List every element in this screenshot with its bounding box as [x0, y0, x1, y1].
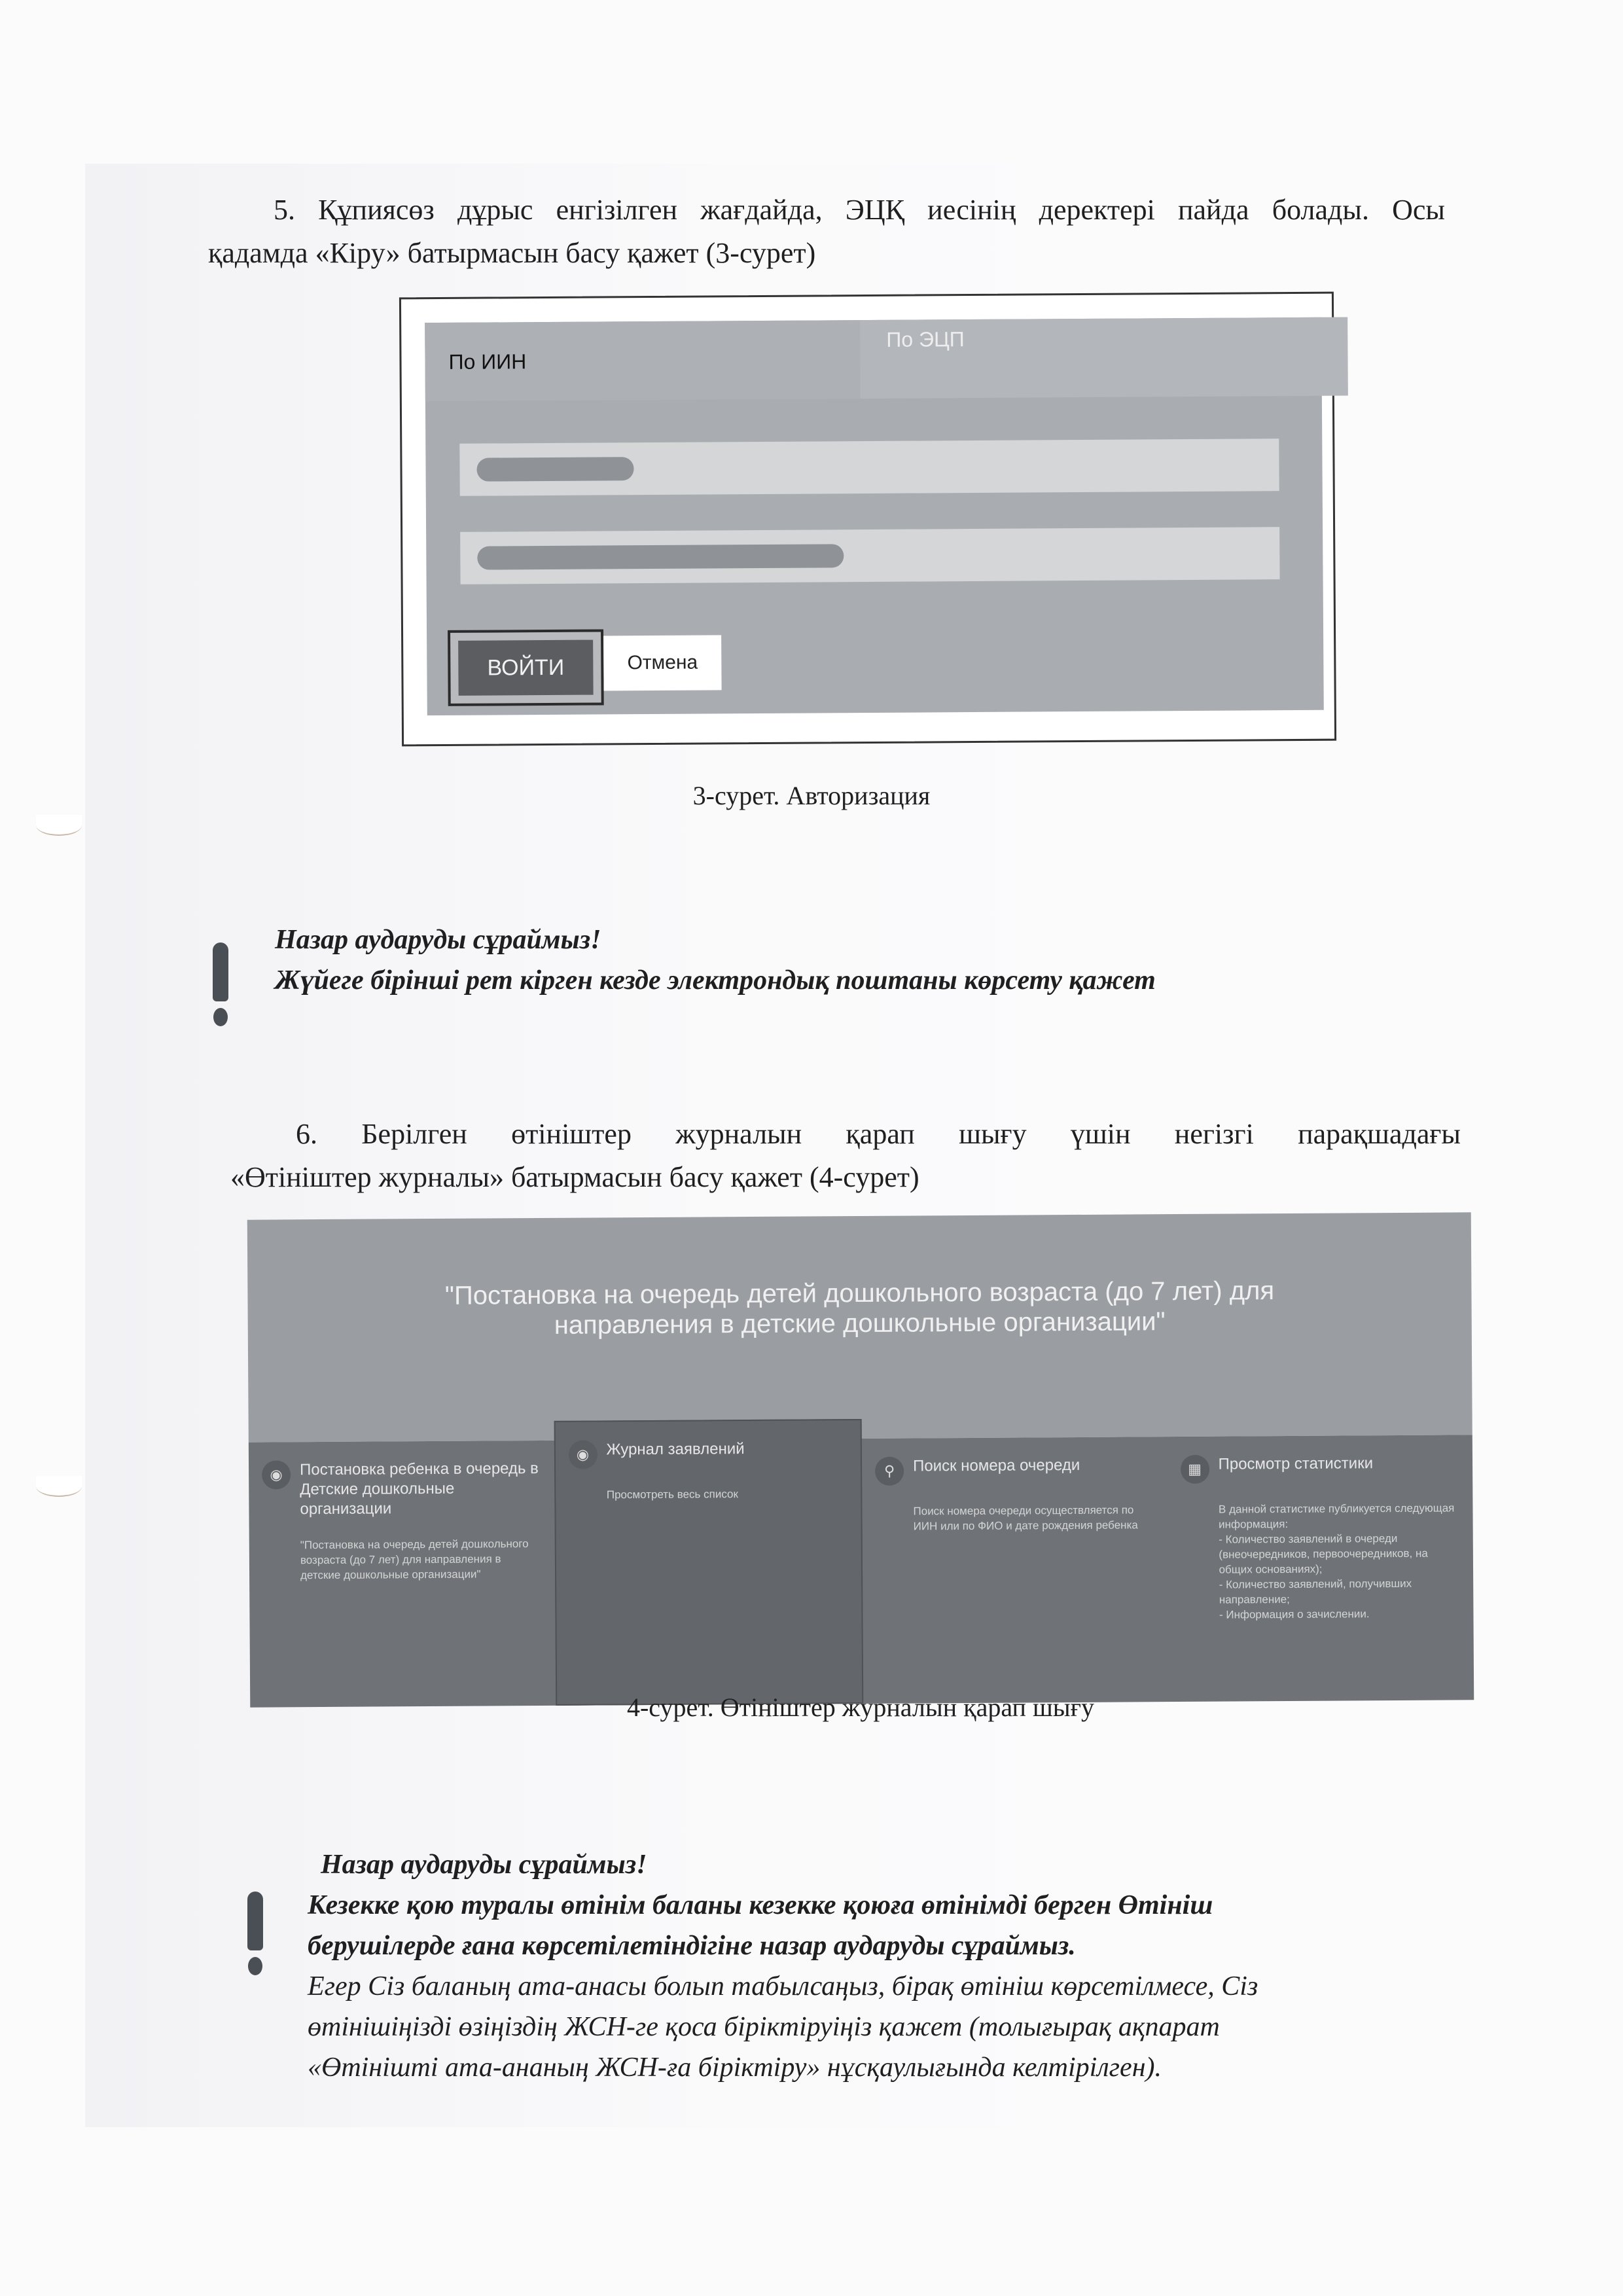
- tile-statistics[interactable]: ▦Просмотр статистики В данной статистике…: [1167, 1435, 1474, 1702]
- note2-bold-line2: берушілерде ғана көрсетілетіндігіне наза…: [308, 1926, 1433, 1966]
- login-button-label: ВОЙТИ: [458, 640, 594, 696]
- tile-title: Постановка ребенка в очередь в Детские д…: [300, 1459, 541, 1519]
- note1: Назар аударуды сұраймыз! Жүйеге бірінші …: [275, 920, 1387, 1001]
- figure3-authorization-screenshot: По ИИН По ЭЦП ВОЙТИ Отмена: [399, 292, 1336, 747]
- note1-title: Назар аударуды сұраймыз!: [275, 920, 1387, 960]
- note2-bold-line1: Кезекке қою туралы өтінім баланы кезекке…: [308, 1885, 1433, 1926]
- cancel-button[interactable]: Отмена: [603, 635, 722, 691]
- service-tiles: ◉Постановка ребенка в очередь в Детские …: [249, 1435, 1474, 1707]
- note2-title: Назар аударуды сұраймыз!: [308, 1844, 1433, 1885]
- owner-iin-field[interactable]: [460, 527, 1279, 584]
- note2-line3: Егер Сіз баланың ата-анасы болып табылса…: [308, 1966, 1433, 2007]
- tile-description: "Постановка на очередь детей дошкольного…: [300, 1536, 542, 1583]
- login-panel: По ИИН По ЭЦП ВОЙТИ Отмена: [425, 317, 1324, 715]
- figure4-main-page-screenshot: "Постановка на очередь детей дошкольного…: [247, 1212, 1474, 1707]
- step5-paragraph: 5. Құпиясөз дұрыс енгізілген жағдайда, Э…: [208, 188, 1445, 275]
- tile-title: Журнал заявлений: [606, 1439, 744, 1460]
- exclamation-icon: [245, 1892, 265, 1975]
- tile-queue-number-search[interactable]: ⚲Поиск номера очереди Поиск номера очере…: [862, 1437, 1169, 1704]
- note2-line5: «Өтінішті ата-ананың ЖСН-ға біріктіру» н…: [308, 2047, 1433, 2088]
- tab-by-iin[interactable]: По ИИН: [425, 320, 884, 401]
- search-icon: ⚲: [875, 1457, 904, 1486]
- tile-queue-registration[interactable]: ◉Постановка ребенка в очередь в Детские …: [249, 1441, 556, 1708]
- step6-line1: 6. Берілген өтініштер журналын қарап шығ…: [230, 1113, 1461, 1156]
- tile-title: Просмотр статистики: [1218, 1454, 1373, 1474]
- owner-name-field[interactable]: [459, 439, 1279, 496]
- step5-line2: қадамда «Кіру» батырмасын басу қажет (3-…: [208, 237, 815, 269]
- tile-title: Поиск номера очереди: [913, 1456, 1080, 1477]
- punch-hole: [36, 815, 82, 836]
- tile-description: Поиск номера очереди осуществляется по И…: [913, 1502, 1154, 1534]
- figure4-caption: 4-сурет. Өтініштер журналын қарап шығу: [576, 1692, 1145, 1723]
- note2-line4: өтінішіңізді өзіңіздің ЖСН-ге қоса бірік…: [308, 2007, 1433, 2047]
- journal-icon: ◉: [568, 1440, 597, 1469]
- service-banner: "Постановка на очередь детей дошкольного…: [247, 1212, 1472, 1442]
- tile-applications-journal[interactable]: ◉Журнал заявлений Просмотреть весь списо…: [554, 1419, 863, 1706]
- tile-description: Просмотреть весь список: [607, 1486, 848, 1502]
- note1-text: Жүйеге бірінші рет кірген кезде электрон…: [275, 960, 1387, 1001]
- note2: Назар аударуды сұраймыз! Кезекке қою тур…: [308, 1844, 1433, 2088]
- exclamation-icon: [211, 942, 230, 1026]
- login-button[interactable]: ВОЙТИ: [448, 629, 604, 706]
- tile-description: В данной статистике публикуется следующа…: [1219, 1500, 1461, 1622]
- queue-icon: ◉: [262, 1460, 291, 1489]
- redacted-value: [477, 544, 844, 569]
- service-title: "Постановка на очередь детей дошкольного…: [365, 1275, 1354, 1341]
- step6-line2: «Өтініштер журналы» батырмасын басу қаже…: [230, 1161, 919, 1193]
- step6-paragraph: 6. Берілген өтініштер журналын қарап шығ…: [230, 1113, 1461, 1199]
- punch-hole: [36, 1476, 82, 1497]
- redacted-value: [476, 457, 633, 481]
- figure3-caption: 3-сурет. Авторизация: [589, 780, 1034, 811]
- statistics-icon: ▦: [1180, 1455, 1209, 1484]
- step5-line1: 5. Құпиясөз дұрыс енгізілген жағдайда, Э…: [208, 188, 1445, 232]
- tab-by-ecp[interactable]: По ЭЦП: [860, 317, 1348, 399]
